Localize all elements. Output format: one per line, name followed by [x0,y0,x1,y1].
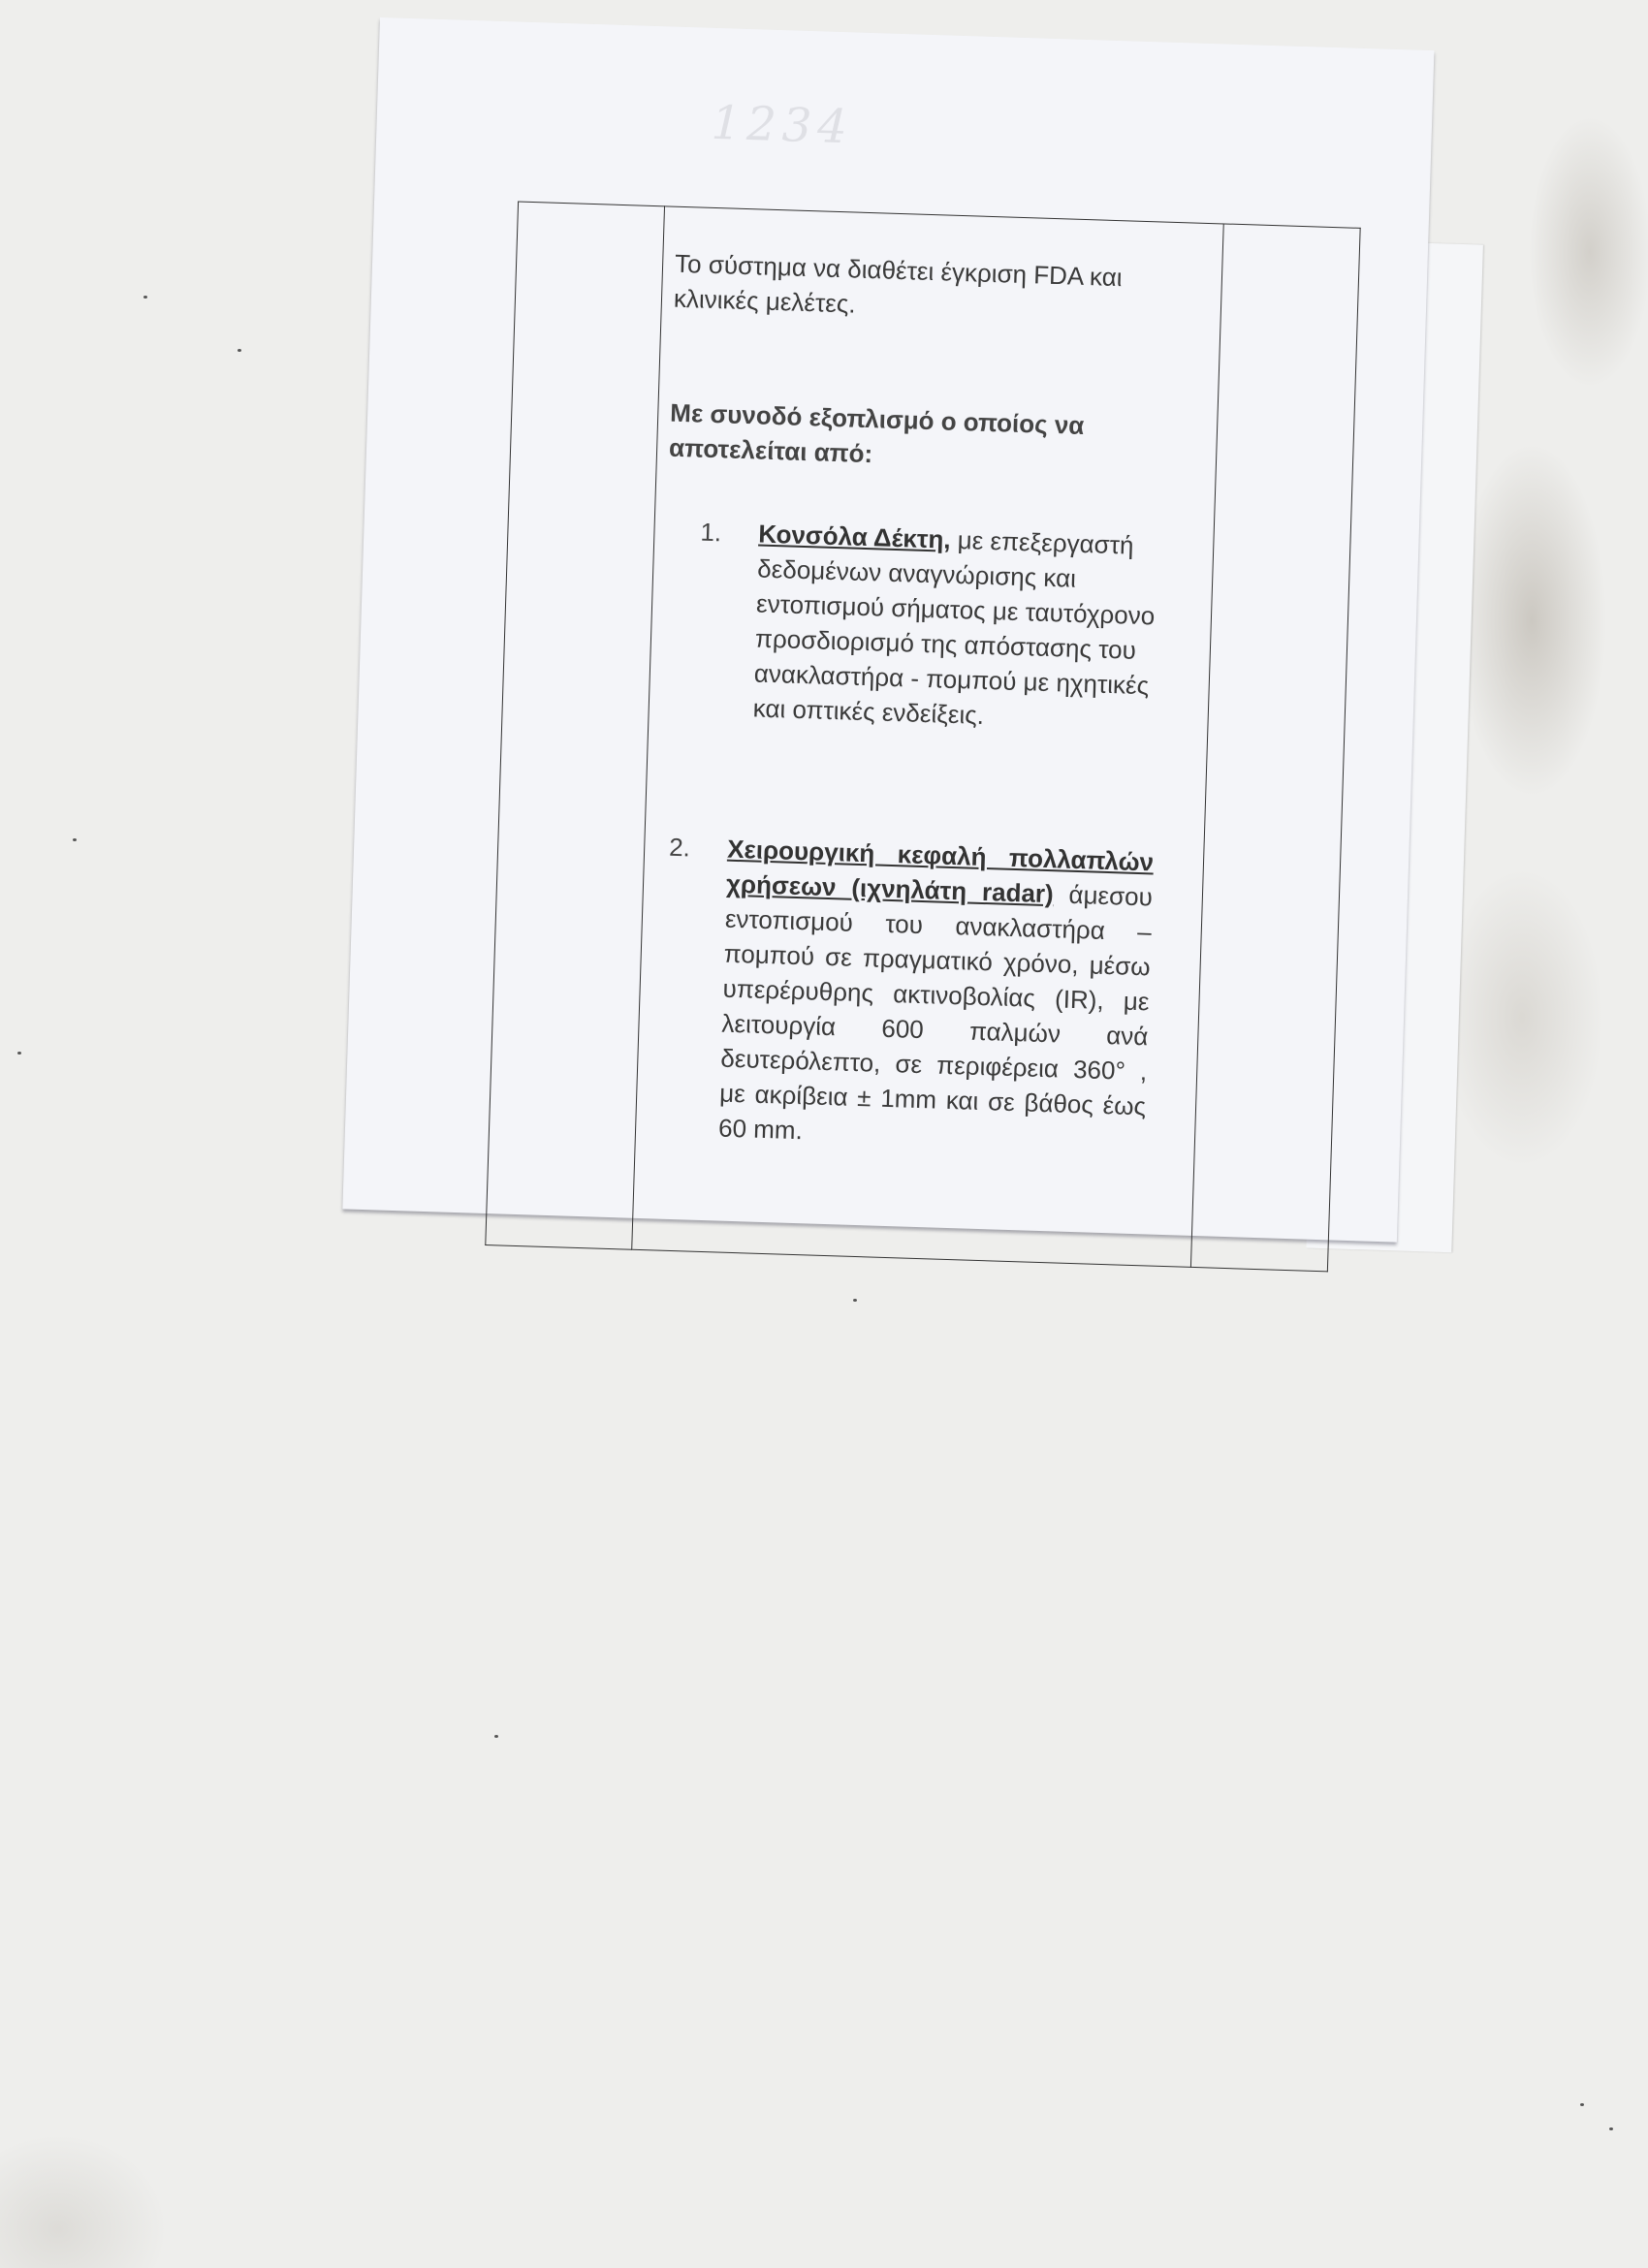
dust-speck [494,1735,498,1738]
dust-speck [1609,2127,1613,2130]
table-cell-description: Το σύστημα να διαθέτει έγκριση FDA και κ… [632,206,1224,1268]
list-item-body: Χειρουργική κεφαλή πολλαπλών χρήσεων (ιχ… [707,831,1155,1158]
list-item: 2. Χειρουργική κεφαλή πολλαπλών χρήσεων … [626,829,1187,1160]
list-item-text: με επεξεργαστή δεδομένων αναγνώρισης και… [752,525,1155,730]
dust-speck [853,1299,857,1302]
dust-speck [1580,2103,1584,2106]
document-page: 1234 Το σύστημα να διαθέτει έγκριση FDA … [342,17,1434,1243]
dust-speck [73,838,77,841]
specification-table: Το σύστημα να διαθέτει έγκριση FDA και κ… [485,202,1360,1273]
intro-paragraph: Το σύστημα να διαθέτει έγκριση FDA και κ… [673,246,1204,332]
equipment-list: 1. Κονσόλα Δέκτη, με επεξεργαστή δεδομέν… [648,514,1196,1160]
dust-speck [17,1052,21,1055]
list-item-body: Κονσόλα Δέκτη, με επεξεργαστή δεδομένων … [741,516,1186,739]
show-through-text: 1234 [711,96,854,155]
list-item-number: 1. [660,514,747,726]
list-item-text: άμεσου εντοπισμού του ανακλαστήρα – πομπ… [718,879,1154,1145]
list-item-number: 2. [626,829,716,1145]
list-item: 1. Κονσόλα Δέκτη, με επεξεργαστή δεδομέν… [660,514,1196,740]
scanner-background-smudge [0,2016,252,2268]
dust-speck [143,296,147,299]
table-row: Το σύστημα να διαθέτει έγκριση FDA και κ… [486,202,1360,1272]
dust-speck [238,349,241,352]
equipment-heading: Με συνοδό εξοπλισμό ο οποίος να αποτελεί… [669,395,1200,482]
list-item-title: Κονσόλα Δέκτη, [758,520,951,554]
